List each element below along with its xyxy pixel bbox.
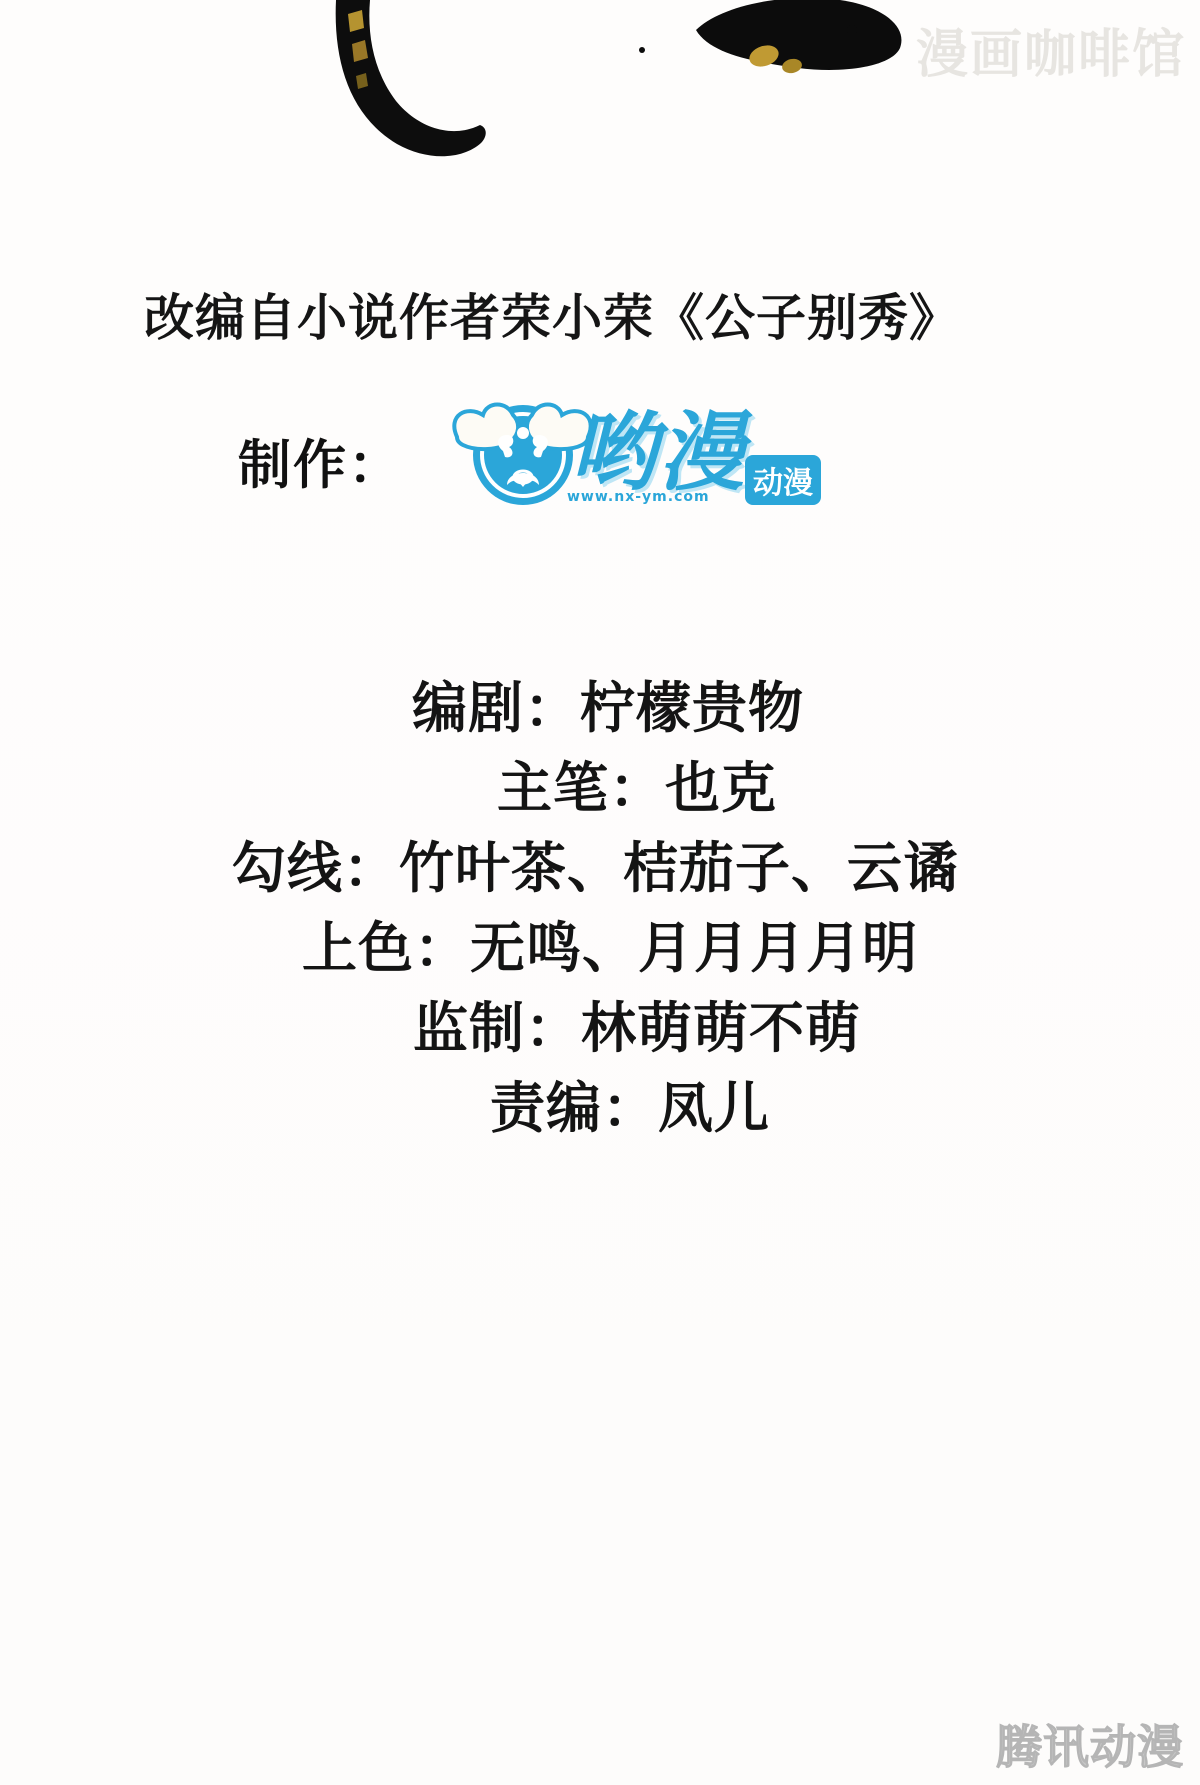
- platform-watermark-bottom: 腾讯动漫: [996, 1711, 1184, 1777]
- ink-dot: [847, 25, 857, 35]
- credit-line-screenwriter: 编剧：柠檬贵物: [8, 672, 1200, 752]
- credit-line-lead-artist: 主笔：也克: [37, 752, 1200, 832]
- site-watermark-top: 漫画咖啡馆: [916, 12, 1186, 87]
- comic-credits-page: 漫画咖啡馆 改编自小说作者荣小荣《公子别秀》 制作： 哟漫 动漫: [0, 0, 1200, 1785]
- production-row: 制作： 哟漫 动漫 www.nx-ym.com: [238, 385, 845, 515]
- ink-dot: [639, 47, 645, 53]
- studio-logo: 哟漫 动漫 www.nx-ym.com: [445, 385, 845, 515]
- credits-list: 编剧：柠檬贵物 主笔：也克 勾线：竹叶茶、桔茄子、云谲 上色：无鸣、月月月月明 …: [0, 672, 1200, 1152]
- adaptation-source-line: 改编自小说作者荣小荣《公子别秀》: [0, 278, 1104, 350]
- credit-line-coloring: 上色：无鸣、月月月月明: [10, 912, 1200, 992]
- ink-blob-stroke: [696, 0, 901, 70]
- credit-line-supervisor: 监制：林萌萌不萌: [37, 992, 1200, 1072]
- ink-dot: [874, 41, 881, 48]
- credit-line-lineart: 勾线：竹叶茶、桔茄子、云谲: [0, 832, 1195, 912]
- studio-logo-url: www.nx-ym.com: [567, 489, 710, 505]
- credit-line-editor: 责编：凤儿: [30, 1072, 1200, 1152]
- studio-logo-badge: 动漫: [745, 455, 821, 505]
- production-label: 制作：: [238, 423, 403, 499]
